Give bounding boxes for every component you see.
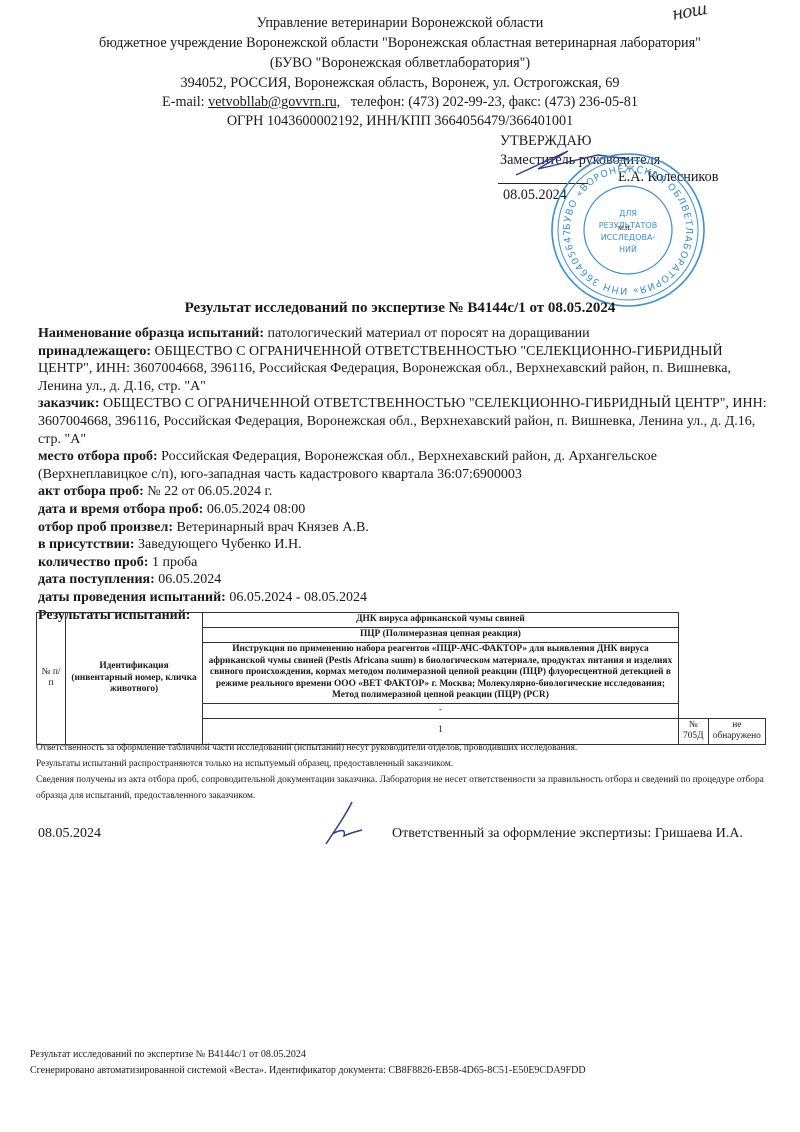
doc-generated-id: Сгенерировано автоматизированной системо… [30,1063,586,1079]
col-header-identification: Идентификация (инвентарный номер, кличка… [66,613,203,745]
header-contacts: E-mail: vetvobllab@govvrn.ru, телефон: (… [0,93,800,113]
document-footer: Результат исследований по экспертизе № В… [30,1047,586,1079]
instruction-header: Инструкция по применению набора реагенто… [203,643,679,704]
field-sample-count: количество проб: 1 проба [38,554,768,572]
doc-reference: Результат исследований по экспертизе № В… [30,1047,586,1063]
field-sampling-act: акт отбора проб: № 22 от 06.05.2024 г. [38,483,768,501]
phone-fax: телефон: (473) 202-99-23, факс: (473) 23… [351,94,638,110]
svg-text:ИССЛЕДОВА-: ИССЛЕДОВА- [601,233,656,242]
indicator-header: ДНК вируса африканской чумы свиней [203,613,679,628]
note-source: Сведения получены из акта отбора проб, с… [36,772,776,804]
field-customer: заказчик: ОБЩЕСТВО С ОГРАНИЧЕННОЙ ОТВЕТС… [38,395,768,448]
responsible-person: Ответственный за оформление экспертизы: … [392,826,743,842]
header-short-name: (БУВО "Воронежская облветлаборатория") [0,54,800,74]
field-test-dates: даты проведения испытаний: 06.05.2024 - … [38,589,768,607]
sample-details: Наименование образца испытаний: патологи… [38,325,768,624]
note-scope: Результаты испытаний распространяются то… [36,756,776,772]
field-sampling-place: место отбора проб: Российская Федерация,… [38,448,768,483]
norm-cell: - [203,704,679,719]
official-stamp-icon: БУВО «ВОРОНЕЖСКАЯ ОБЛВЕТЛАБОРАТОРИЯ» ИНН… [548,150,708,310]
results-table: № п/п Идентификация (инвентарный номер, … [36,612,766,745]
note-responsibility: Ответственность за оформление табличной … [36,740,776,756]
header-address: 394052, РОССИЯ, Воронежская область, Вор… [0,74,800,94]
document-title: Результат исследований по экспертизе № В… [0,300,800,317]
svg-text:НИЙ: НИЙ [619,243,637,254]
svg-text:ДЛЯ: ДЛЯ [619,209,637,218]
notes: Ответственность за оформление табличной … [36,740,776,804]
responsible-signature-icon [318,800,368,848]
col-header-number: № п/п [37,613,66,745]
field-sampling-datetime: дата и время отбора проб: 06.05.2024 08:… [38,501,768,519]
field-sampled-by: отбор проб произвел: Ветеринарный врач К… [38,519,768,537]
email-label: E-mail: [162,94,205,110]
footer-date: 08.05.2024 [38,826,101,842]
field-sample-name: Наименование образца испытаний: патологи… [38,325,768,343]
method-header: ПЦР (Полимеразная цепная реакция) [203,628,679,643]
email-link[interactable]: vetvobllab@govvrn.ru, [208,94,340,110]
header-registration: ОГРН 1043600002192, ИНН/КПП 3664056479/3… [0,112,800,132]
field-owner: принадлежащего: ОБЩЕСТВО С ОГРАНИЧЕННОЙ … [38,343,768,396]
field-in-presence: в присутствии: Заведующего Чубенко И.Н. [38,536,768,554]
header-institution: бюджетное учреждение Воронежской области… [0,34,800,54]
stamp-mark: м.п. [618,223,631,232]
field-receipt-date: дата поступления: 06.05.2024 [38,571,768,589]
